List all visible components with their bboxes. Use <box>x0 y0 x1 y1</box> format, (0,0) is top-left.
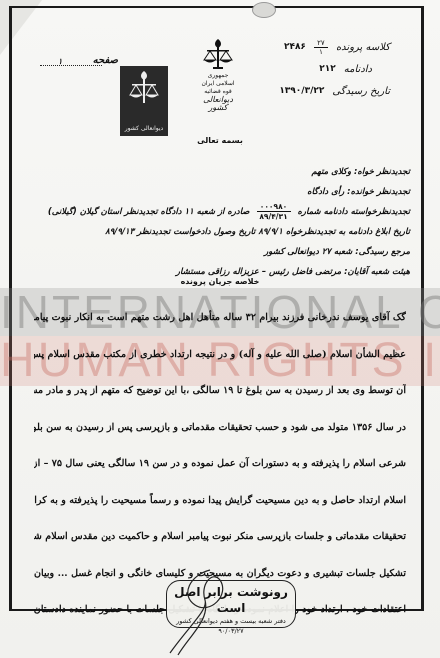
document-page: جمهوری اسلامی ایران قوه قضائیه دیوانعالی… <box>0 0 440 658</box>
case-class-label: کلاسه پرونده <box>336 42 390 53</box>
hearing-date-value: ۱۳۹۰/۳/۲۲ <box>279 86 324 96</box>
case-class-fraction: ۲۷ ۱ <box>314 39 328 56</box>
verdict-label: دادنامه <box>344 64 372 75</box>
body-line: تحقیقات مقدماتی و جلسات بازپرسی منکر نبو… <box>34 519 406 556</box>
page-number: ۱ <box>58 57 62 66</box>
body-line: در سال ۱۳۵۶ متولد می شود و حسب تحقیقات م… <box>34 410 406 447</box>
case-class-value: ۲۴۸۶ <box>284 42 306 52</box>
seal-scales-icon <box>128 70 160 110</box>
verdict-number-fraction: ۰۰۰۹۸۰ ۸۹/۴/۳۱ <box>257 202 291 221</box>
body-line: شرعی اسلام را پذیرفته و به دستورات آن عم… <box>34 446 406 483</box>
court-authority-field: مرجع رسیدگی: شعبه ۲۷ دیوانعالی کشور <box>20 242 410 262</box>
appealed-verdict-prefix: تجدیدنظرخواسته دادنامه شماره <box>297 207 410 217</box>
notification-date-field: تاریخ ابلاغ دادنامه به تجدیدنظرخواه ۸۹/۹… <box>20 222 410 242</box>
appellant-field: تجدیدنظر خواه: وکلای متهم <box>20 162 410 182</box>
seal-caption: دیوانعالی کشور <box>122 125 166 132</box>
fraction-top: ۰۰۰۹۸۰ <box>260 202 287 211</box>
hearing-date-label: تاریخ رسیدگی <box>332 86 390 97</box>
case-meta: کلاسه پرونده ۲۷ ۱ ۲۴۸۶ دادنامه ۲۱۲ تاریخ… <box>190 36 390 102</box>
body-line: آن توسط وی بعد از رسیدن به سن بلوغ تا ۱۹… <box>34 373 406 410</box>
stamp-office: دفتر شعبه بیست و هفتم دیوانعالی کشور <box>167 616 295 626</box>
body-line: اسلام ارتداد حاصل و به دین مسیحیت گرایش … <box>34 483 406 520</box>
fraction-bottom: ۱ <box>319 48 323 56</box>
bismillah-heading: بسمه تعالی <box>160 136 280 145</box>
punch-hole <box>252 2 276 18</box>
fraction-top: ۲۷ <box>317 39 325 47</box>
page-dotted-line <box>40 65 102 66</box>
stamp-title: رونوشت برابر اصل است <box>167 584 295 616</box>
verdict-row: دادنامه ۲۱۲ <box>190 58 390 80</box>
body-line: عظیم الشأن اسلام (صلی الله علیه و آله) و… <box>34 337 406 374</box>
body-line: گک آقای یوسف ندرخانی فرزند بیرام ۳۲ ساله… <box>34 300 406 337</box>
page-number-field: صفحه ۱ <box>40 55 118 69</box>
appellee-field: تجدیدنظر خوانده: رأی دادگاه <box>20 182 410 202</box>
case-fields: تجدیدنظر خواه: وکلای متهم تجدیدنظر خواند… <box>20 162 410 282</box>
fraction-bottom: ۸۹/۴/۳۱ <box>259 212 287 221</box>
case-summary-title: خلاصه جریان پرونده <box>160 277 280 286</box>
certified-copy-stamp: رونوشت برابر اصل است دفتر شعبه بیست و هف… <box>166 580 296 628</box>
stamp-date: ۹۰/۰۳/۲۷ <box>167 626 295 636</box>
case-class-row: کلاسه پرونده ۲۷ ۱ ۲۴۸۶ <box>190 36 390 58</box>
hearing-date-row: تاریخ رسیدگی ۱۳۹۰/۳/۲۲ <box>190 80 390 102</box>
appealed-verdict-field: تجدیدنظرخواسته دادنامه شماره ۰۰۰۹۸۰ ۸۹/۴… <box>20 202 410 222</box>
supreme-court-seal: دیوانعالی کشور <box>120 66 168 136</box>
appealed-verdict-suffix: صادره از شعبه ۱۱ دادگاه تجدیدنظر استان گ… <box>48 207 250 217</box>
verdict-value: ۲۱۲ <box>319 64 335 74</box>
